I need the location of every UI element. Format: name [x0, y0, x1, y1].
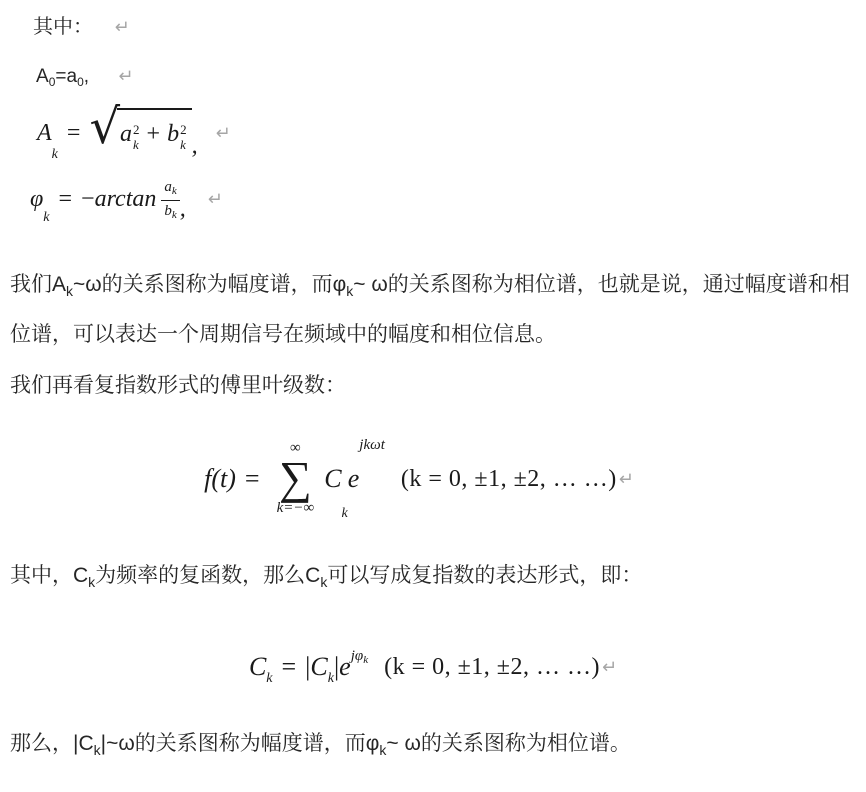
text-run: 我们A	[10, 273, 66, 296]
phik-formula: φk = − arctan ak bk ,	[30, 177, 186, 220]
term-b: b	[167, 121, 179, 148]
exponent-text: jφ	[351, 648, 363, 664]
paragraph-spectra-conclusion: 那么，|Ck|~ω的关系图称为幅度谱，而φk~ ω的关系图称为相位谱。	[10, 722, 858, 772]
text-run: |~ω的关系图称为幅度谱，而φ	[101, 732, 380, 755]
text-run: 可以写成复指数的表达形式，即：	[327, 564, 642, 587]
summation: ∞ ∑ k=−∞	[277, 441, 315, 516]
sigma-icon: ∑	[279, 456, 312, 500]
term-a-scripts: 2k	[133, 123, 140, 153]
term-a-subscript: k	[133, 138, 139, 153]
equals-sign: =	[67, 120, 81, 147]
fourier-formula: f(t) = ∞ ∑ k=−∞ Ck ejkωt (k = 0, ±1, ±2,…	[204, 441, 617, 516]
equation-ak: Ak = √ a 2k + b 2k , ↵	[37, 104, 231, 162]
line-break-mark-icon: ↵	[208, 189, 223, 210]
a0-lhs: A	[36, 66, 49, 87]
radicand: a 2k + b 2k	[117, 108, 192, 154]
ak-lhs-subscript: k	[52, 147, 58, 163]
inline-subscript: k	[66, 283, 73, 299]
text-run: 为频率的复函数，那么C	[95, 564, 320, 587]
exponent-subscript: k	[363, 654, 368, 666]
term-b-exponent: 2	[180, 123, 187, 138]
text-run: ~ ω的关系图称为相位谱。	[386, 732, 631, 755]
summation-lower-limit: k=−∞	[277, 500, 315, 517]
ck-formula: Ck = |Ck| ejφk (k = 0, ±1, ±2, … …)	[249, 652, 600, 682]
line-break-mark-icon: ↵	[118, 66, 133, 87]
term-b-subscript: k	[180, 138, 186, 153]
coefficient: C	[324, 464, 341, 494]
ak-lhs: A	[37, 120, 52, 147]
a0-equals: =	[55, 66, 66, 87]
intro-line: 其中： ↵	[33, 10, 130, 39]
text-run: 那么，|C	[10, 732, 94, 755]
fraction-denominator: bk	[164, 201, 176, 222]
equation-phik: φk = − arctan ak bk , ↵	[30, 176, 223, 222]
term-a-exponent: 2	[133, 123, 140, 138]
ft-lhs: f(t)	[204, 464, 236, 494]
intro-text: 其中：	[33, 16, 93, 38]
euler-base: e	[339, 652, 351, 682]
term-a: a	[120, 121, 132, 148]
index-range: (k = 0, ±1, ±2, … …)	[384, 654, 600, 681]
phik-lhs: φ	[30, 186, 43, 213]
text-run: 其中，C	[10, 564, 88, 587]
equals-sign: =	[282, 652, 297, 682]
exponent: jkωt	[359, 437, 385, 454]
radical-sign-icon: √	[89, 103, 120, 151]
fraction-numerator: ak	[161, 178, 179, 200]
minus-sign: −	[81, 186, 95, 213]
arctan-function: arctan	[95, 186, 157, 213]
fraction: ak bk	[161, 178, 179, 221]
denominator-subscript: k	[172, 209, 177, 221]
equals-sign: =	[59, 186, 73, 213]
text-run: ~ω的关系图称为幅度谱，而φ	[73, 273, 346, 296]
phik-comma: ,	[180, 196, 186, 223]
euler-base: e	[348, 464, 360, 494]
equation-ck-polar: Ck = |Ck| ejφk (k = 0, ±1, ±2, … …) ↵	[0, 646, 866, 688]
ck-lhs-subscript: k	[266, 671, 272, 687]
line-break-mark-icon: ↵	[115, 17, 130, 38]
numerator-base: a	[164, 179, 172, 195]
line-break-mark-icon: ↵	[619, 469, 634, 490]
text-run: 我们再看复指数形式的傅里叶级数：	[10, 374, 346, 397]
equals-sign: =	[245, 464, 260, 494]
denominator-base: b	[164, 203, 172, 219]
ck-mid-subscript: k	[328, 671, 334, 687]
a0-rhs: a	[66, 66, 77, 87]
line-break-mark-icon: ↵	[216, 123, 231, 144]
plus-sign: +	[147, 121, 161, 148]
document-page: 其中： ↵ A0=a0, ↵ Ak = √ a 2k + b 2k , ↵	[0, 0, 866, 792]
numerator-subscript: k	[172, 185, 177, 197]
a0-rhs-subscript: 0	[77, 75, 84, 89]
ck-mid: C	[310, 652, 327, 682]
term-b-scripts: 2k	[180, 123, 187, 153]
a0-comma: ,	[84, 66, 89, 87]
paragraph-spectra-definition: 我们Ak~ω的关系图称为幅度谱，而φk~ ω的关系图称为相位谱，也就是说，通过幅…	[10, 263, 858, 356]
phik-lhs-subscript: k	[43, 210, 49, 226]
line-break-mark-icon: ↵	[602, 657, 617, 678]
coefficient-subscript: k	[342, 506, 348, 522]
paragraph-ck-description: 其中，Ck为频率的复函数，那么Ck可以写成复指数的表达形式，即：	[10, 554, 858, 604]
inline-subscript: k	[94, 742, 101, 758]
index-range: (k = 0, ±1, ±2, … …)	[401, 466, 617, 493]
ck-lhs: C	[249, 652, 266, 682]
radical: √ a 2k + b 2k	[89, 108, 191, 158]
ak-formula: Ak = √ a 2k + b 2k ,	[37, 108, 198, 158]
ak-comma: ,	[192, 133, 198, 160]
paragraph-complex-form-intro: 我们再看复指数形式的傅里叶级数：	[10, 364, 858, 407]
equation-fourier-series: f(t) = ∞ ∑ k=−∞ Ck ejkωt (k = 0, ±1, ±2,…	[0, 436, 852, 522]
equation-a0: A0=a0, ↵	[36, 66, 133, 89]
exponent: jφk	[351, 648, 368, 666]
